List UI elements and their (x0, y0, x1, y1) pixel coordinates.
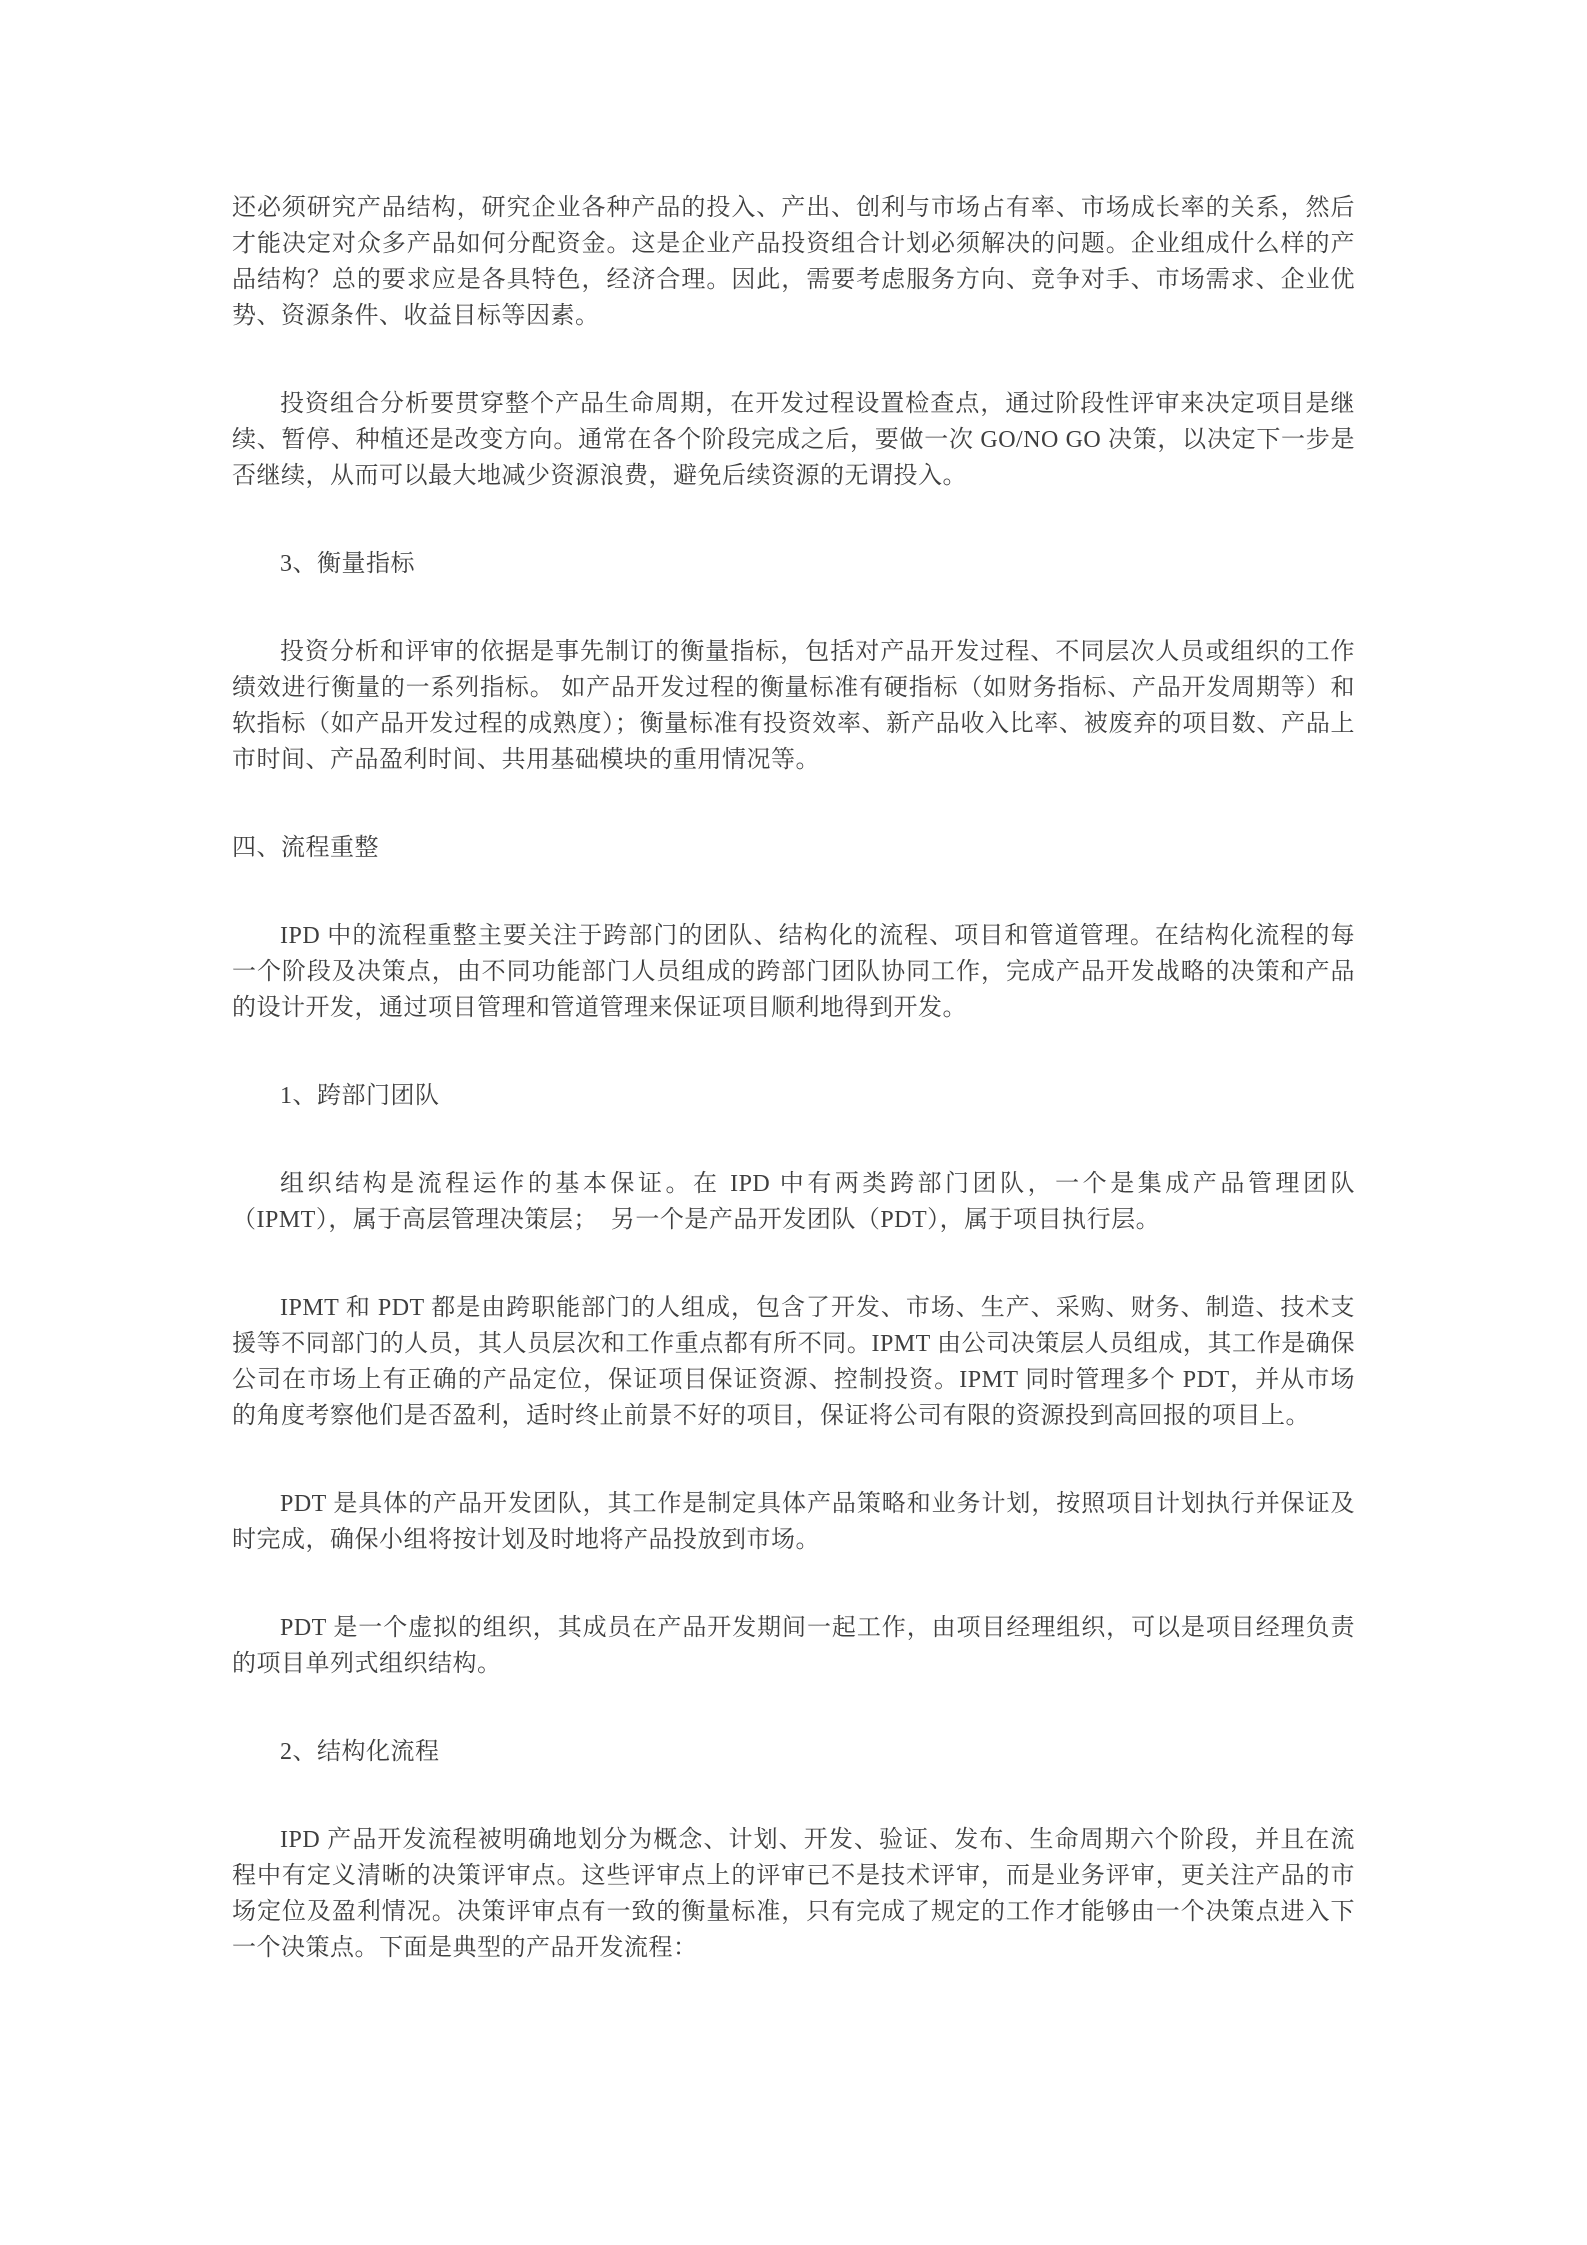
paragraph: PDT 是一个虚拟的组织，其成员在产品开发期间一起工作，由项目经理组织，可以是项… (232, 1610, 1355, 1682)
paragraph: IPD 产品开发流程被明确地划分为概念、计划、开发、验证、发布、生命周期六个阶段… (232, 1822, 1355, 1966)
paragraph: IPD 中的流程重整主要关注于跨部门的团队、结构化的流程、项目和管道管理。在结构… (232, 918, 1355, 1026)
paragraph: 组织结构是流程运作的基本保证。在 IPD 中有两类跨部门团队，一个是集成产品管理… (232, 1166, 1355, 1238)
section-heading: 四、流程重整 (232, 830, 1355, 866)
document-body: 还必须研究产品结构，研究企业各种产品的投入、产出、创利与市场占有率、市场成长率的… (232, 190, 1355, 1966)
paragraph: IPMT 和 PDT 都是由跨职能部门的人组成，包含了开发、市场、生产、采购、财… (232, 1290, 1355, 1434)
paragraph: 投资组合分析要贯穿整个产品生命周期，在开发过程设置检查点，通过阶段性评审来决定项… (232, 386, 1355, 494)
document-page: 还必须研究产品结构，研究企业各种产品的投入、产出、创利与市场占有率、市场成长率的… (0, 0, 1587, 2245)
sub-heading: 2、结构化流程 (232, 1734, 1355, 1770)
paragraph-continuation: 还必须研究产品结构，研究企业各种产品的投入、产出、创利与市场占有率、市场成长率的… (232, 190, 1355, 334)
paragraph: PDT 是具体的产品开发团队，其工作是制定具体产品策略和业务计划，按照项目计划执… (232, 1486, 1355, 1558)
sub-heading: 3、衡量指标 (232, 546, 1355, 582)
sub-heading: 1、跨部门团队 (232, 1078, 1355, 1114)
paragraph: 投资分析和评审的依据是事先制订的衡量指标，包括对产品开发过程、不同层次人员或组织… (232, 634, 1355, 778)
